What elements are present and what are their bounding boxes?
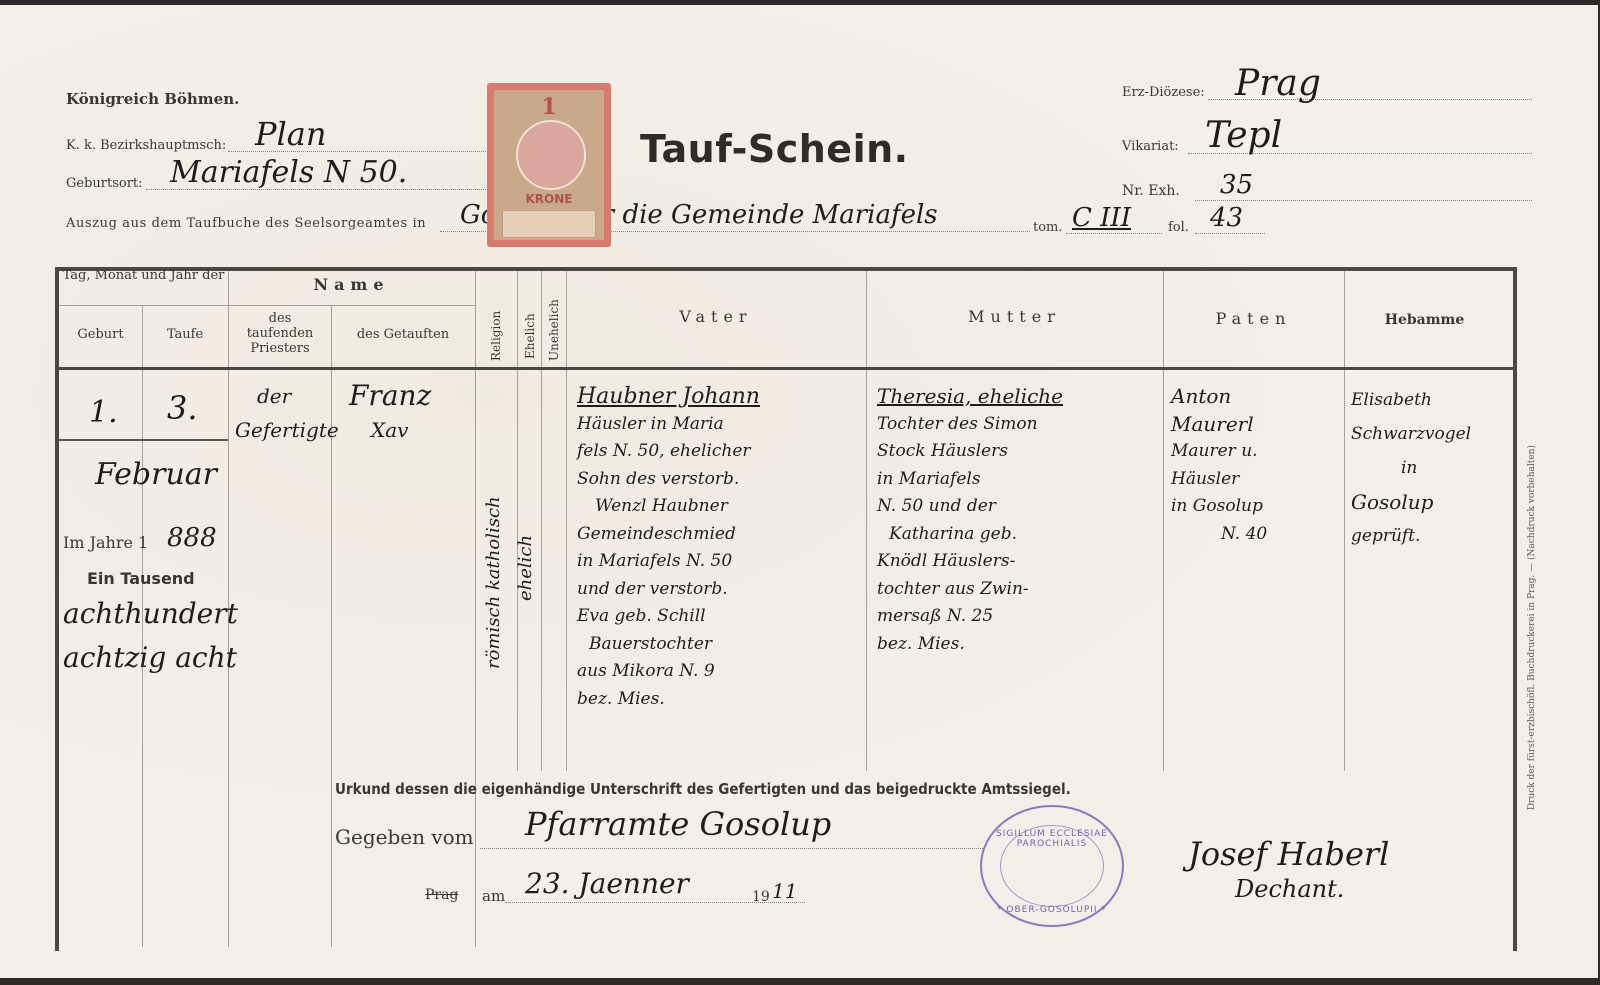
header-father: Vater (566, 309, 866, 324)
baptism-certificate: Königreich Böhmen. K. k. Bezirkshauptmsc… (0, 5, 1598, 978)
printer-note: Druck der fürst-erzbischöfl. Buchdrucker… (1527, 445, 1537, 810)
seal-bottom-text: * OBER-GOSOLUPII * (982, 905, 1122, 915)
birthplace-value: Mariafels N 50. (170, 155, 407, 190)
tom-dotted-line (1066, 233, 1162, 234)
godparent-line: N. 40 (1171, 521, 1267, 549)
diocese-value: Prag (1235, 63, 1321, 104)
father-line: Häusler in Maria (577, 411, 760, 439)
year-label: Im Jahre 1 (63, 533, 148, 552)
midwife-line: Elisabeth (1351, 383, 1471, 417)
godparents-cell: Anton Maurerl Maurer u. Häusler in Gosol… (1171, 383, 1267, 548)
fol-dotted-line (1195, 233, 1265, 234)
stamp-denomination: 1 (494, 94, 604, 120)
stamp-portrait-icon (516, 120, 586, 190)
col-divider (566, 271, 567, 771)
header-illegitimate: Unehelich (547, 297, 561, 361)
birthplace-label: Geburtsort: (66, 176, 143, 191)
godparent-line: Häusler (1171, 466, 1267, 494)
header-godparents: Paten (1163, 311, 1344, 326)
midwife-line: geprüft. (1351, 519, 1471, 553)
father-line: aus Mikora N. 9 (577, 658, 760, 686)
father-line: Bauerstochter (577, 631, 760, 659)
col-divider (866, 271, 867, 771)
mother-line: tochter aus Zwin- (877, 576, 1063, 604)
signature-name: Josef Haberl (1188, 835, 1389, 873)
given-label: Gegeben vom (335, 825, 474, 849)
mother-name: Theresia, eheliche (877, 383, 1063, 411)
given-dotted-line (480, 848, 985, 849)
midwife-line: in (1351, 451, 1471, 485)
revenue-stamp: 1 KRONE (487, 83, 611, 247)
fol-value: 43 (1210, 203, 1243, 233)
mother-line: N. 50 und der (877, 493, 1063, 521)
given-value: Pfarramte Gosolup (525, 805, 831, 843)
mother-line: mersaß N. 25 (877, 603, 1063, 631)
parish-seal: SIGILLUM ECCLESIAE PAROCHIALIS * OBER-GO… (980, 805, 1124, 927)
header-bottom-rule (59, 367, 1513, 370)
year-suffix: 11 (772, 879, 797, 903)
priest-line: Gefertigte (235, 413, 339, 447)
midwife-cell: Elisabeth Schwarzvogel in Gosolup geprüf… (1351, 383, 1471, 553)
father-line: Eva geb. Schill (577, 603, 760, 631)
document-title: Tauf-Schein. (640, 127, 909, 171)
mother-line: in Mariafels (877, 466, 1063, 494)
mother-line: Stock Häuslers (877, 438, 1063, 466)
baptized-second-name: Xav (349, 413, 431, 447)
exhibit-number-label: Nr. Exh. (1122, 183, 1180, 199)
exhibit-number-value: 35 (1220, 170, 1253, 200)
father-line: Sohn des verstorb. (577, 466, 760, 494)
header-baptized: des Getauften (331, 327, 475, 342)
stamp-currency: KRONE (494, 192, 604, 206)
mother-line: Katharina geb. (877, 521, 1063, 549)
mother-line: Tochter des Simon (877, 411, 1063, 439)
year-words-printed: Ein Tausend (87, 569, 195, 588)
legitimate-value: ehelich (515, 451, 536, 601)
date-label: am (482, 887, 505, 905)
vicariate-value: Tepl (1205, 115, 1282, 156)
godparent-line: Maurerl (1171, 411, 1267, 439)
year-words-line-2: achtzig acht (63, 641, 237, 674)
year-words-line-1: achthundert (63, 597, 238, 630)
father-line: fels N. 50, ehelicher (577, 438, 760, 466)
seal-top-text: SIGILLUM ECCLESIAE PAROCHIALIS (982, 829, 1122, 849)
header-midwife: Hebamme (1344, 313, 1505, 328)
year-value: 888 (167, 523, 217, 553)
col-divider (541, 271, 542, 771)
header-subdivider (59, 305, 475, 306)
religion-value: römisch katholisch (483, 409, 504, 669)
year-prefix: 19 (752, 889, 770, 905)
signature-title: Dechant. (1235, 875, 1344, 903)
baptized-cell: Franz Xav (349, 379, 431, 447)
header-legitimate: Ehelich (523, 307, 537, 359)
father-name: Haubner Johann (577, 383, 760, 411)
extract-label: Auszug aus dem Taufbuche des Seelsorgeam… (66, 216, 426, 231)
godparent-line: in Gosolup (1171, 493, 1267, 521)
father-line: in Mariafels N. 50 (577, 548, 760, 576)
header-date-group: Tag, Monat und Jahr der (59, 268, 228, 283)
stamp-body: 1 KRONE (494, 90, 604, 240)
diocese-label: Erz-Diözese: (1122, 85, 1205, 100)
header-name-group: Name (228, 277, 475, 292)
date-value: 23. Jaenner (525, 867, 689, 900)
col-divider (1163, 271, 1164, 771)
date-row-divider (59, 439, 228, 441)
attestation-text: Urkund dessen die eigenhändige Unterschr… (335, 780, 1071, 798)
baptism-day: 3. (167, 389, 198, 427)
district-value: Plan (255, 115, 326, 153)
fol-label: fol. (1168, 220, 1189, 235)
header-mother: Mutter (866, 309, 1163, 324)
priest-cell: der Gefertigte (235, 379, 339, 447)
birth-day: 1. (89, 395, 118, 430)
priest-line: der (235, 379, 339, 413)
vicariate-label: Vikariat: (1122, 139, 1179, 154)
place-struck: Prag (425, 887, 458, 903)
midwife-line: Schwarzvogel (1351, 417, 1471, 451)
header-baptism: Taufe (142, 327, 228, 342)
exhibit-dotted-line (1195, 200, 1532, 201)
month-value: Februar (95, 457, 217, 492)
tom-label: tom. (1033, 220, 1063, 235)
header-religion: Religion (489, 301, 503, 361)
col-divider (475, 271, 476, 947)
father-line: Wenzl Haubner (577, 493, 760, 521)
godparent-line: Maurer u. (1171, 438, 1267, 466)
kingdom-heading: Königreich Böhmen. (66, 90, 239, 108)
father-line: Gemeindeschmied (577, 521, 760, 549)
father-cell: Haubner Johann Häusler in Maria fels N. … (577, 383, 760, 713)
mother-line: Knödl Häuslers- (877, 548, 1063, 576)
tom-value: C III (1072, 203, 1131, 233)
header-priest: des taufenden Priesters (237, 311, 323, 356)
mother-line: bez. Mies. (877, 631, 1063, 659)
father-line: und der verstorb. (577, 576, 760, 604)
midwife-line: Gosolup (1351, 485, 1471, 519)
godparent-line: Anton (1171, 383, 1267, 411)
col-divider (1344, 271, 1345, 771)
district-label: K. k. Bezirkshauptmsch: (66, 138, 226, 153)
mother-cell: Theresia, eheliche Tochter des Simon Sto… (877, 383, 1063, 658)
baptized-first-name: Franz (349, 379, 431, 413)
stamp-value-box (502, 210, 596, 238)
father-line: bez. Mies. (577, 686, 760, 714)
header-birth: Geburt (59, 327, 142, 342)
